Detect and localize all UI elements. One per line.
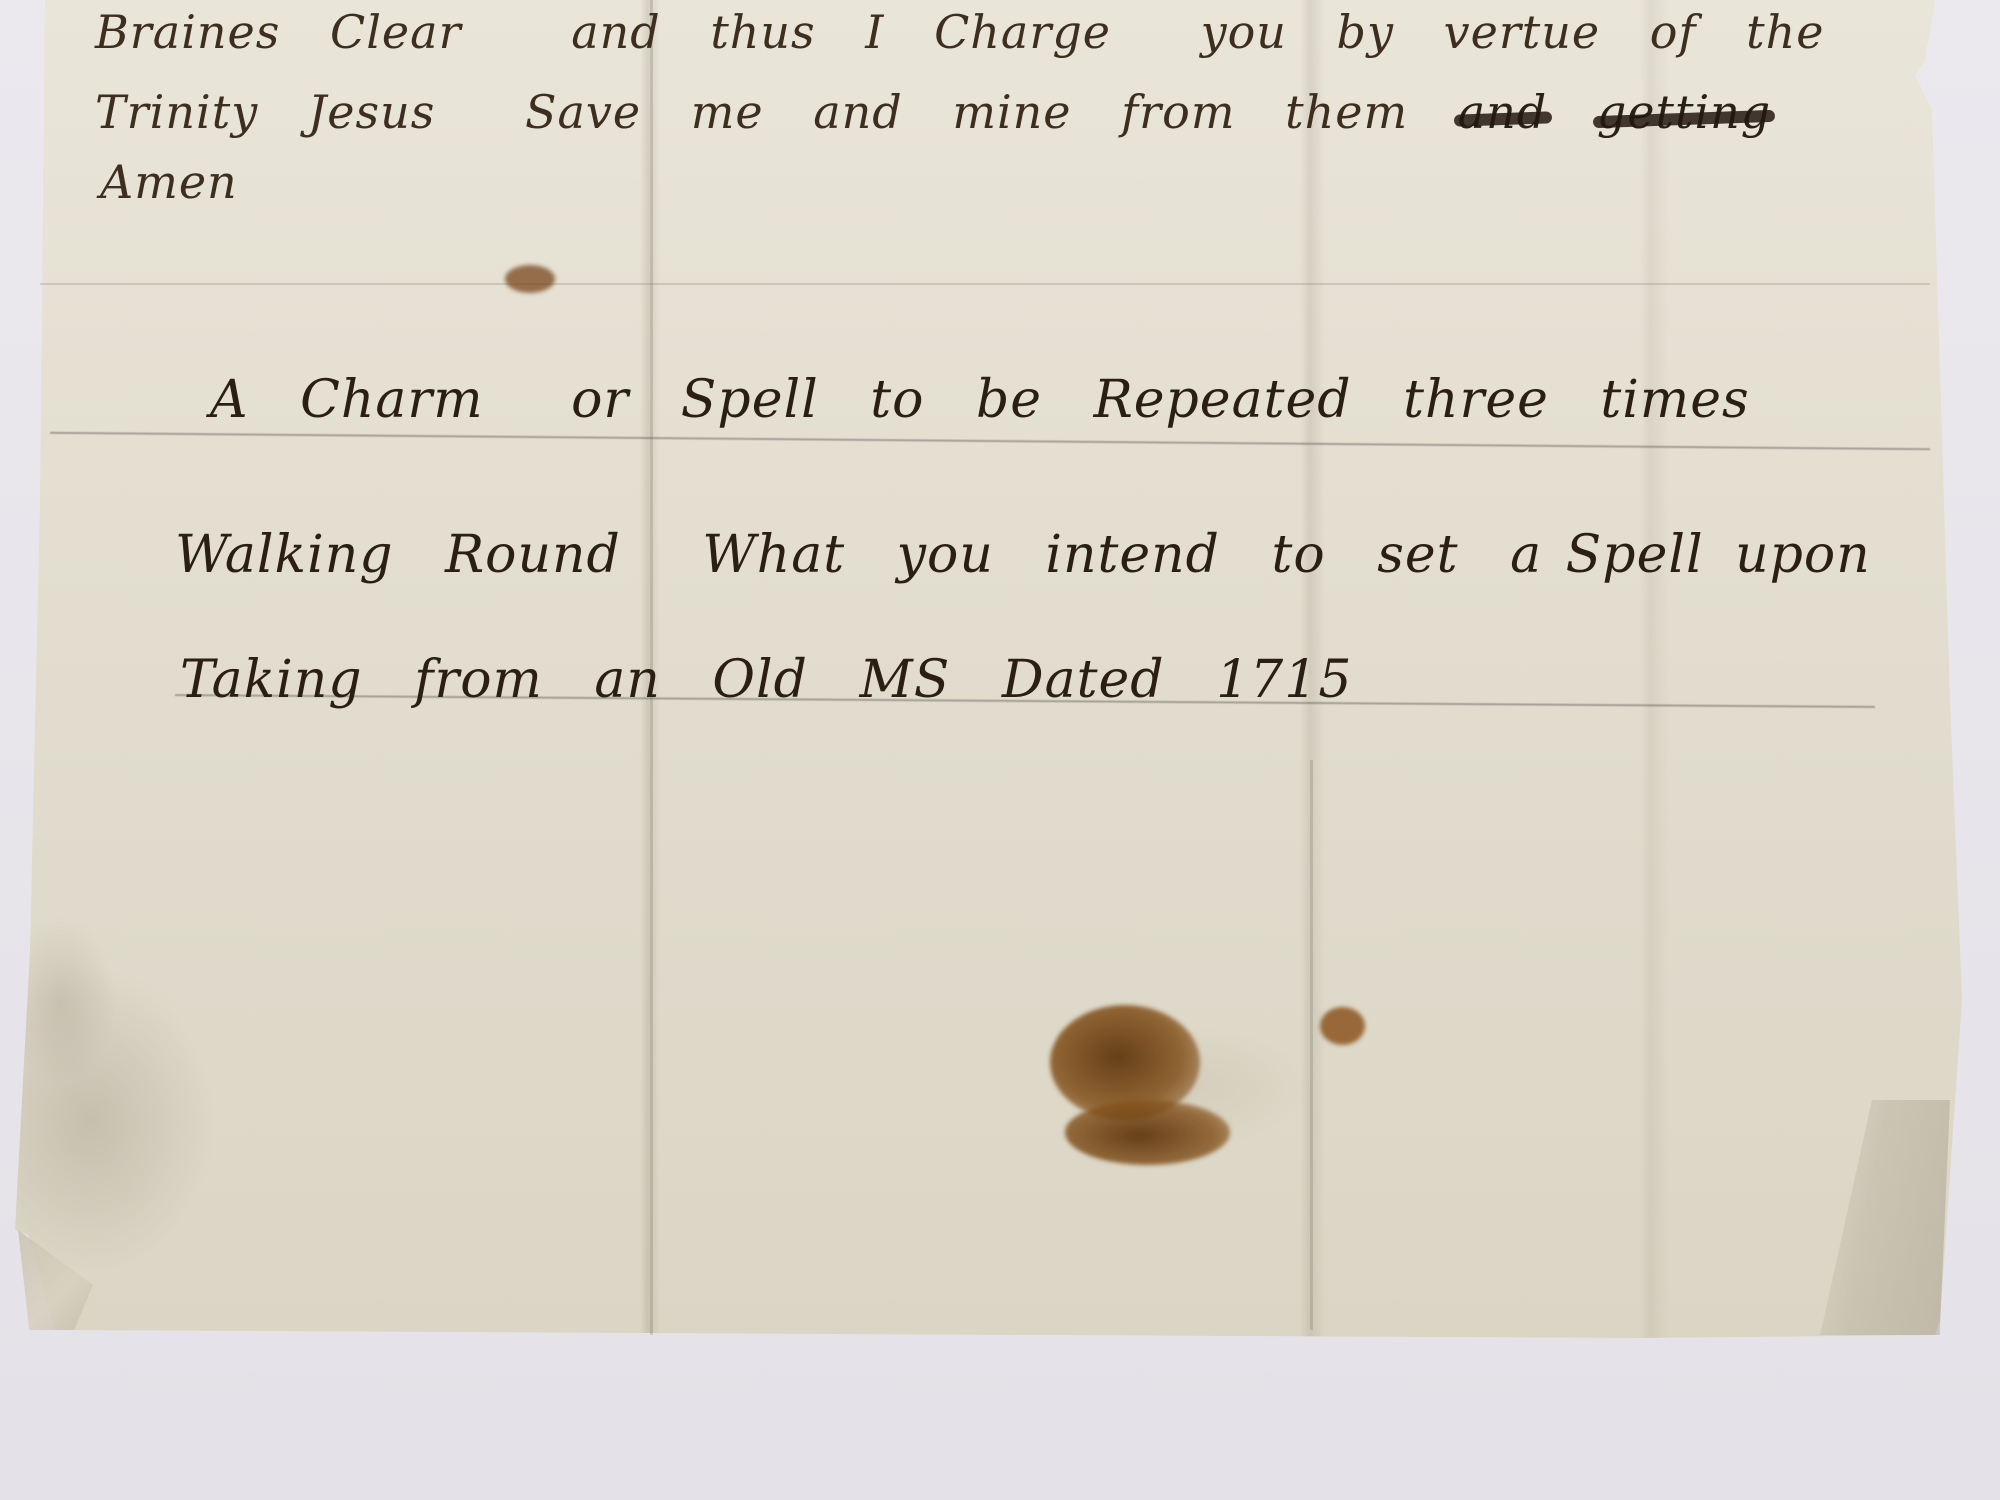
stain — [505, 265, 555, 293]
word: vertue — [1444, 5, 1601, 59]
instruction-line-walking-round: Walking Round What you intend to set a S… — [175, 525, 1905, 585]
word: an — [594, 650, 661, 710]
word: the — [1746, 5, 1824, 59]
word: I — [865, 5, 884, 59]
struck-word: getting — [1597, 85, 1771, 139]
upper-text-line-1: Braines Clear and thus I Charge you by v… — [95, 5, 1858, 59]
word: Spell — [681, 370, 819, 430]
word: upon — [1735, 525, 1871, 585]
fold-line — [1310, 760, 1313, 1330]
word: set — [1377, 525, 1458, 585]
word: by — [1337, 5, 1394, 59]
word: Clear — [330, 5, 462, 59]
word: or — [571, 370, 629, 430]
word: mine — [952, 85, 1071, 139]
word: three — [1403, 370, 1549, 430]
word: thus — [710, 5, 815, 59]
word: Jesus — [308, 85, 436, 139]
word: to — [1271, 525, 1325, 585]
ink-blot-stain — [1065, 1100, 1230, 1165]
manuscript-paper — [0, 0, 2000, 1500]
word: of — [1650, 5, 1697, 59]
word: to — [870, 370, 924, 430]
title-line-charm-or-spell: A Charm or Spell to be Repeated three ti… — [210, 370, 1784, 430]
word: them — [1285, 85, 1408, 139]
word: Amen — [100, 155, 238, 209]
ink-dot-stain — [1320, 1007, 1365, 1045]
word: from — [1121, 85, 1235, 139]
word: A — [210, 370, 249, 430]
upper-text-line-2: Trinity Jesus Save me and mine from them… — [95, 85, 1805, 139]
word: from — [414, 650, 543, 710]
word: you — [1201, 5, 1287, 59]
word: and — [571, 5, 661, 59]
word: a — [1510, 525, 1542, 585]
date-year: 1715 — [1216, 650, 1352, 710]
word: Taking — [180, 650, 363, 710]
word: Braines — [95, 5, 280, 59]
struck-word: and — [1458, 85, 1548, 139]
upper-text-line-3: Amen — [100, 155, 272, 209]
word: Trinity — [95, 85, 258, 139]
word: and — [813, 85, 903, 139]
word: intend — [1045, 525, 1220, 585]
photo-stage: Braines Clear and thus I Charge you by v… — [0, 0, 2000, 1500]
word: Charge — [934, 5, 1111, 59]
word: Walking — [175, 525, 393, 585]
word: be — [976, 370, 1042, 430]
word: Repeated — [1094, 370, 1352, 430]
word: Dated — [1002, 650, 1165, 710]
word: times — [1600, 370, 1749, 430]
fold-line — [40, 283, 1930, 285]
word: MS — [859, 650, 950, 710]
word: Charm — [300, 370, 483, 430]
word: Spell — [1566, 525, 1704, 585]
source-line-old-ms-1715: Taking from an Old MS Dated 1715 — [180, 650, 1386, 710]
word: me — [691, 85, 764, 139]
word: What — [702, 525, 845, 585]
word: you — [897, 525, 994, 585]
word: Round — [445, 525, 621, 585]
word: Save — [525, 85, 641, 139]
word: Old — [712, 650, 808, 710]
